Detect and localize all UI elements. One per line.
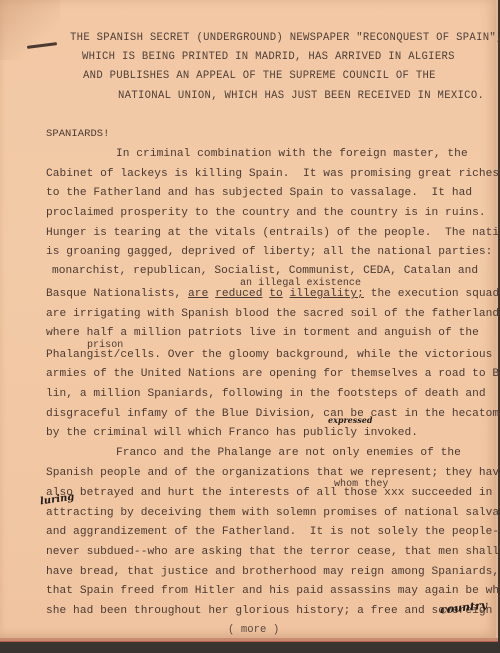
body-line: she had been throughout her glorious his… [46, 605, 492, 618]
underlined-text: to [269, 288, 283, 300]
body-line: also betrayed and hurt the interests of … [46, 487, 492, 500]
body-line: Franco and the Phalange are not only ene… [116, 447, 461, 460]
page-bottom-edge [0, 638, 498, 642]
body-line: are irrigating with Spanish blood the sa… [46, 308, 500, 321]
underlined-text: are [188, 288, 208, 300]
header-line-4: NATIONAL UNION, WHICH HAS JUST BEEN RECE… [118, 90, 484, 103]
underlined-text: illegality; [290, 288, 364, 300]
body-line: Hunger is tearing at the vitals (entrail… [46, 227, 500, 240]
text: the execution squads [364, 288, 500, 300]
underlined-text: reduced [215, 288, 262, 300]
body-line: by the criminal will which Franco has pu… [46, 427, 418, 440]
body-line-basque: Basque Nationalists, are reduced to ille… [46, 288, 500, 301]
body-line: to the Fatherland and has subjected Spai… [46, 187, 472, 200]
header-line-3: AND PUBLISHES AN APPEAL OF THE SUPREME C… [83, 70, 436, 83]
body-line: disgraceful infamy of the Blue Division,… [46, 408, 500, 421]
body-line: have bread, that justice and brotherhood… [46, 566, 499, 579]
text: Basque Nationalists, [46, 288, 188, 300]
salutation: SPANIARDS! [46, 128, 110, 141]
handwritten-expressed: expressed [328, 415, 372, 425]
body-line: that Spain freed from Hitler and his pai… [46, 585, 500, 598]
body-line: is groaning gagged, deprived of liberty;… [46, 246, 492, 259]
body-line: armies of the United Nations are opening… [46, 368, 500, 381]
body-line: never subdued--who are asking that the t… [46, 546, 499, 559]
body-line: lin, a million Spaniards, following in t… [46, 388, 486, 401]
header-line-2: WHICH IS BEING PRINTED IN MADRID, HAS AR… [82, 51, 455, 64]
body-line: proclaimed prosperity to the country and… [46, 207, 486, 220]
body-line: Phalangist/cells. Over the gloomy backgr… [46, 349, 492, 362]
header-line-1: THE SPANISH SECRET (UNDERGROUND) NEWSPAP… [70, 32, 500, 45]
body-line: Spanish people and of the organizations … [46, 467, 500, 480]
body-line: attracting by deceiving them with solemn… [46, 507, 500, 520]
body-line: Cabinet of lackeys is killing Spain. It … [46, 168, 499, 181]
body-line: and aggrandizement of the Fatherland. It… [46, 526, 500, 539]
more-footer: ( more ) [228, 624, 279, 637]
body-line: In criminal combination with the foreign… [116, 148, 468, 161]
